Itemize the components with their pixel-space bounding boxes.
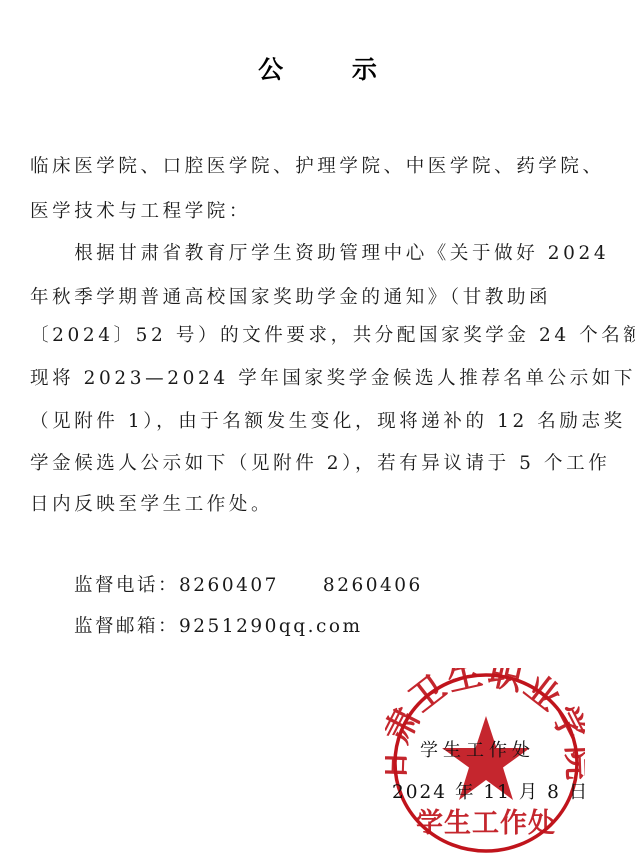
signature-date: 2024 年 11 月 8 日: [392, 778, 589, 804]
supervision-email: 监督邮箱：9251290qq.com: [74, 612, 363, 638]
phone-number-1: 8260407: [179, 575, 279, 596]
body-line-1: 根据甘肃省教育厅学生资助管理中心《关于做好 2024: [30, 239, 609, 265]
signature-department: 学生工作处: [420, 736, 535, 762]
addressee-line-2: 医学技术与工程学院：: [30, 197, 251, 223]
seal-bottom-text: 学生工作处: [416, 808, 556, 839]
body-line-2: 年秋季学期普通高校国家奖助学金的通知》（甘教助函: [30, 283, 551, 309]
body-line-7: 日内反映至学生工作处。: [30, 490, 273, 516]
email-label: 监督邮箱：: [74, 616, 179, 637]
body-line-4: 现将 2023—2024 学年国家奖学金候选人推荐名单公示如下: [30, 364, 635, 390]
body-line-6: 学金候选人公示如下（见附件 2），若有异议请于 5 个工作: [30, 449, 610, 475]
phone-number-2: 8260406: [323, 575, 423, 596]
addressee-line-1: 临床医学院、口腔医学院、护理学院、中医学院、药学院、: [30, 152, 605, 178]
document-title: 公 示: [0, 50, 635, 86]
email-address: 9251290qq.com: [179, 616, 363, 637]
phone-label: 监督电话：: [74, 575, 179, 596]
supervision-phone: 监督电话：82604078260406: [74, 571, 423, 597]
body-line-5: （见附件 1），由于名额发生变化，现将递补的 12 名励志奖: [30, 407, 626, 433]
body-line-3: 〔2024〕52 号）的文件要求，共分配国家奖学金 24 个名额，: [30, 321, 635, 347]
